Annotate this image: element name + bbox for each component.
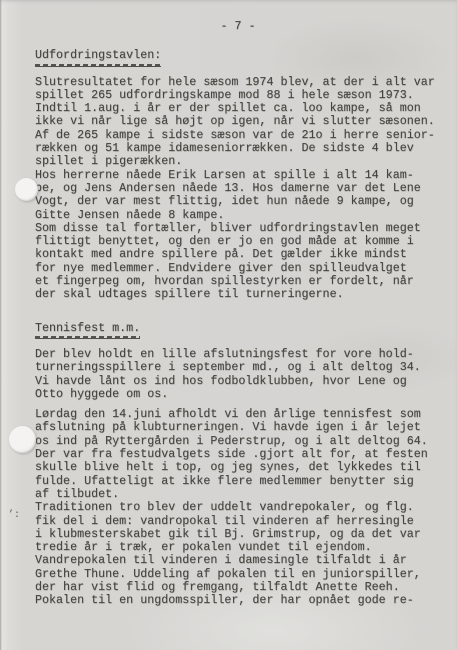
- text-line: Otto hyggede om os.: [35, 388, 441, 401]
- paragraph-block: Lørdag den 14.juni afholdt vi den årlige…: [35, 408, 441, 607]
- hole-punch-icon: [15, 178, 38, 201]
- text-line: i klubmesterskabet gik til Bj. Grimstrup…: [35, 528, 441, 541]
- text-line: Der var fra festudvalgets side .gjort al…: [35, 448, 441, 461]
- text-line: fulde. Ufatteligt at ikke flere medlemme…: [35, 475, 441, 488]
- text-line: Lørdag den 14.juni afholdt vi den årlige…: [35, 408, 441, 421]
- text-line: ikke vi når lige så højt op igen, når vi…: [35, 115, 441, 128]
- text-line: Vandrepokalen til vinderen i damesingle …: [35, 554, 441, 567]
- text-line: Indtil 1.aug. i år er der spillet ca. lo…: [35, 102, 441, 115]
- section-tennisfest: Tennisfest m.m. Der blev holdt en lille …: [35, 322, 441, 608]
- text-line: der skal udtages spillere til turneringe…: [35, 288, 441, 301]
- section-udfordringstavlen: Udfordringstavlen: Slutresultatet for he…: [35, 49, 441, 301]
- text-line: flittigt benyttet, og den er jo en god m…: [35, 235, 441, 248]
- hole-punch-icon: [9, 426, 36, 453]
- text-line: Gitte Jensen nåede 8 kampe.: [35, 209, 441, 222]
- text-line: Som disse tal fortæller, bliver udfordri…: [35, 222, 441, 235]
- text-line: Vogt, der var mest flittig, idet hun nåe…: [35, 195, 441, 208]
- page-number: - 7 -: [35, 20, 441, 33]
- text-line: fik del i dem: vandropokal til vinderen …: [35, 515, 441, 528]
- scanned-document-page: - 7 - Udfordringstavlen: Slutresultatet …: [0, 0, 457, 650]
- text-line: Pokalen til en ungdomsspiller, der har o…: [35, 594, 441, 607]
- text-line: rækken og 51 kampe idameseniorrækken. De…: [35, 142, 441, 155]
- text-line: et fingerpeg om, hvordan spillestyrken e…: [35, 275, 441, 288]
- text-line: Af de 265 kampe i sidste sæson var de 21…: [35, 129, 441, 142]
- paragraph-block: Slutresultatet for hele sæsom 1974 blev,…: [35, 76, 441, 302]
- text-line: Der blev holdt en lille afslutningsfest …: [35, 348, 441, 361]
- text-line: spillet 265 udfordringskampe mod 88 i he…: [35, 89, 441, 102]
- text-line: tredie år i træk, er pokalen vundet til …: [35, 541, 441, 554]
- section-heading-tennisfest: Tennisfest m.m.: [35, 322, 140, 339]
- text-line: skulle blive helt i top, og jeg synes, d…: [35, 461, 441, 474]
- text-line: for nye medlemmer. Endvidere giver den s…: [35, 262, 441, 275]
- text-line: pe, og Jens Andersen nåede 13. Hos damer…: [35, 182, 441, 195]
- text-line: turneringsspillere i september md., og i…: [35, 361, 441, 374]
- text-line: der har vist flid og fremgang, tilfaldt …: [35, 581, 441, 594]
- text-line: os ind på Ryttergården i Pederstrup, og …: [35, 435, 441, 448]
- text-line: Hos herrerne nåede Erik Larsen at spille…: [35, 169, 441, 182]
- text-line: Traditionen tro blev der uddelt vandrepo…: [35, 501, 441, 514]
- text-line: afslutning på klubturneringen. Vi havde …: [35, 421, 441, 434]
- ink-smudge-mark: ’:: [8, 510, 20, 521]
- text-line: spillet i pigerækken.: [35, 155, 441, 168]
- text-line: af tilbudet.: [35, 488, 441, 501]
- section-heading-udfordringstavlen: Udfordringstavlen:: [35, 49, 161, 66]
- text-line: Vi havde lånt os ind hos fodboldklubben,…: [35, 375, 441, 388]
- paragraph-block: Der blev holdt en lille afslutningsfest …: [35, 348, 441, 401]
- text-line: kontakt med andre spillere på. Det gælde…: [35, 248, 441, 261]
- text-line: Grethe Thune. Uddeling af pokalen til en…: [35, 568, 441, 581]
- text-line: Slutresultatet for hele sæsom 1974 blev,…: [35, 76, 441, 89]
- page-content: - 7 - Udfordringstavlen: Slutresultatet …: [35, 20, 441, 608]
